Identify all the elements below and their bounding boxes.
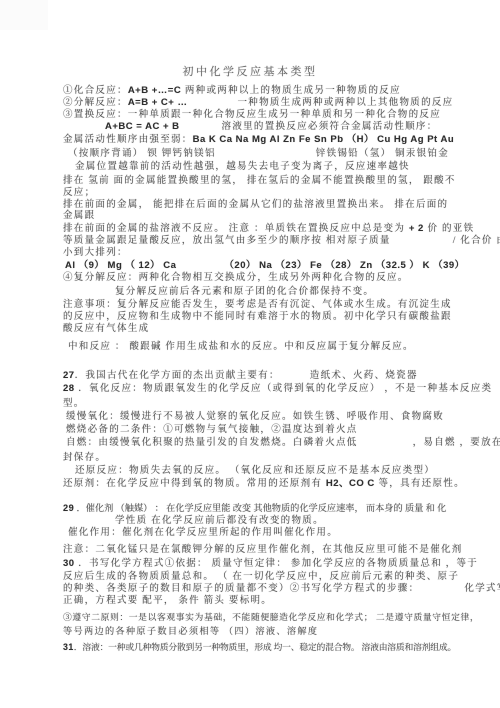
formula-text: A+B +…=C bbox=[128, 85, 181, 96]
body-text: ．书写化学方程式①依据： 质量守恒定律： 参加化学反应的各物质质量总和 ，等于 bbox=[75, 559, 479, 569]
body-text: 两种或两种以上的物质生成另一种物质的反应 bbox=[181, 86, 401, 96]
formula-text: 27 bbox=[63, 370, 75, 381]
scan-corner-artifact bbox=[0, 0, 48, 30]
body-text: 正确，方程式要 配平， 条件 箭头 要标明。 bbox=[63, 596, 272, 606]
body-text: 反应后生成的各物质质量总和。 （ 在一切化学反应中，反应前后元素的种类、原子 bbox=[63, 572, 459, 582]
text-line: （按顺序背诵） 钡 钾钙钠镁铝锌铁锡铅（氢） 铜汞银铂金 bbox=[68, 149, 449, 160]
body-text: 封保存。 bbox=[63, 453, 106, 463]
formula-text: H2、CO C bbox=[326, 478, 375, 489]
body-text: 注意事项：复分解反应能否发生，要考虑是否有沉淀、气体或水生成。有沉淀生成 bbox=[63, 300, 452, 310]
body-text: 排在前面的金属的盐溶液不反应。 注意 ：单质铁在置换反应中总是变为 bbox=[63, 224, 409, 234]
body-text: ．溶液：一种或几种物质分散到另一种物质里，形成 均一、稳定的混合物。 溶液由溶质… bbox=[74, 642, 456, 652]
body-text: 初中化学反应基本类型 bbox=[183, 66, 318, 78]
text-line: 注意事项：复分解反应能否发生，要考虑是否有沉淀、气体或水生成。有沉淀生成 bbox=[63, 300, 452, 311]
text-line: 31．溶液：一种或几种物质分散到另一种物质里，形成 均一、稳定的混合物。 溶液由… bbox=[63, 642, 456, 652]
body-text: 复分解反应前后各元素和原子团的化合价都保持不变。 bbox=[115, 287, 374, 297]
body-text: 的反应中，反应物和生成物中不能同时有难溶于水的物质。初中化学只有碳酸盐跟 bbox=[63, 312, 452, 322]
formula-text: A+BC = AC + B bbox=[105, 121, 180, 132]
body-text: 型。 bbox=[63, 399, 85, 409]
text-line: 还原剂：在化学反应中得到氧的物质。常用的还原剂有 H2、CO C 等，具有还原性… bbox=[63, 479, 465, 490]
text-line: 还原反应：物质失去氧的反应。 （氧化反应和还原反应不是基本反应类型） bbox=[75, 466, 435, 477]
body-text: 金属活动性顺序由强至弱： bbox=[63, 135, 193, 145]
text-line: ③遵守二原则：一是以客观事实为基础，不能随便臆造化学反应和化学式； 二是遵守质量… bbox=[63, 612, 479, 622]
text-line: 28 ．氧化反应：物质跟氧发生的化学反应（或得到氧的化学反应） ，不是一种基本反… bbox=[63, 384, 492, 395]
body-text: 自燃：由缓慢氧化积聚的热量引发的自发燃烧。白磷着火点低 bbox=[66, 438, 358, 448]
body-text: 等质量金属跟足量酸反应，放出氢气由多至少的顺序按 相对原子质量 bbox=[63, 236, 391, 246]
spacing-gap bbox=[187, 104, 237, 105]
text-line: 缓慢氧化：缓慢进行不易被人觉察的氧化反应。如铁生锈、呼吸作用、食物腐败 bbox=[66, 412, 444, 423]
body-text: / 化合价 由 bbox=[453, 236, 500, 246]
body-text: 金属跟 bbox=[63, 211, 95, 221]
text-line: ④复分解反应：两种化合物相互交换成分，生成另外两种化合物的反应。 bbox=[63, 273, 409, 284]
text-line: 金属跟 bbox=[63, 211, 95, 222]
body-text: 等号两边的各种原子数目必须相等 （四）溶液、溶解度 bbox=[63, 626, 318, 636]
body-text: 排在前面的金属， 能把排在后面的金属从它们的盐溶液里置换出来。 排在后面的 bbox=[63, 200, 448, 210]
text-line: 型。 bbox=[63, 399, 85, 410]
body-text: 价 的亚铁 bbox=[424, 224, 475, 234]
text-line: 金属活动性顺序由强至弱：Ba K Ca Na Mg Al Zn Fe Sn Pb… bbox=[63, 135, 454, 146]
text-line: 等号两边的各种原子数目必须相等 （四）溶液、溶解度 bbox=[63, 626, 318, 637]
text-line: 小到大排列： bbox=[63, 248, 128, 259]
body-text: （按顺序背诵） 钡 钾钙钠镁铝 bbox=[68, 149, 216, 159]
text-line: ①化合反应：A+B +…=C 两种或两种以上的物质生成另一种物质的反应 bbox=[63, 86, 401, 97]
spacing-gap bbox=[391, 242, 453, 243]
body-text: ．催化剂 （触媒） ： 在化学反应里能 改变 其他物质的化学反应速率， 而本身的… bbox=[74, 503, 446, 513]
body-text: ③遵守二原则：一是以客观事实为基础，不能随便臆造化学反应和化学式； 二是遵守质量… bbox=[63, 612, 479, 622]
body-text: ④复分解反应：两种化合物相互交换成分，生成另外两种化合物的反应。 bbox=[63, 273, 409, 283]
body-text: 排在 氢前 面的金属能置换酸里的氢， 排在氢后的金属不能置换酸里的氢， 跟酸不 bbox=[63, 176, 456, 186]
body-text: ．我国古代在化学方面的杰出贡献主要有： bbox=[75, 371, 280, 381]
text-line: ②分解反应：A=B + C+ …一种物质生成两种或两种以上其他物质的反应 bbox=[63, 98, 453, 109]
body-text: 催化作用：催化剂在化学反应里所起的作用叫催化作用。 bbox=[68, 528, 338, 538]
text-line: 复分解反应前后各元素和原子团的化合价都保持不变。 bbox=[115, 287, 374, 298]
body-text: 锌铁锡铅（氢） 铜汞银铂金 bbox=[316, 149, 449, 159]
body-text: 小到大排列： bbox=[63, 248, 128, 258]
text-line: ③置换反应：一种单质跟一种化合物反应生成另一种单质和另一种化合物的反应 bbox=[63, 110, 441, 121]
body-text: 溶液里的置换反应必须符合金属活动性顺序： bbox=[222, 122, 438, 132]
formula-text: 29 bbox=[63, 503, 74, 513]
body-text: 一种物质生成两种或两种以上其他物质的反应 bbox=[237, 98, 453, 108]
spacing-gap bbox=[216, 155, 316, 156]
text-line: Al （9） Mg （ 12） Ca（20） Na （23） Fe （28） Z… bbox=[65, 261, 465, 272]
body-text: ③置换反应：一种单质跟一种化合物反应生成另一种单质和另一种化合物的反应 bbox=[63, 110, 441, 120]
body-text: 还原剂：在化学反应中得到氧的物质。常用的还原剂有 bbox=[63, 479, 326, 489]
body-text: 学性质 在化学反应前后都没有改变的物质。 bbox=[115, 516, 324, 526]
body-text: 中和反应 ： 酸跟碱 作用生成盐和水的反应。中和反应属于复分解反应。 bbox=[68, 342, 414, 352]
spacing-gap bbox=[358, 444, 413, 445]
spacing-gap bbox=[280, 377, 310, 378]
body-text: 金属位置越靠前的活动性越强，越易失去电子变为离子，反应速率越快 bbox=[75, 162, 410, 172]
text-line: 的反应中，反应物和生成物中不能同时有难溶于水的物质。初中化学只有碳酸盐跟 bbox=[63, 312, 452, 323]
formula-text: 31 bbox=[63, 642, 74, 652]
text-line: 金属位置越靠前的活动性越强，越易失去电子变为离子，反应速率越快 bbox=[75, 162, 410, 173]
text-line: 封保存。 bbox=[63, 453, 106, 464]
text-line: 排在前面的金属的盐溶液不反应。 注意 ：单质铁在置换反应中总是变为 + 2 价 … bbox=[63, 224, 474, 235]
text-line: 学性质 在化学反应前后都没有改变的物质。 bbox=[115, 516, 324, 527]
body-text: 的种类、各类原子的数目和原子的质量都不变）②书写化学方程式的步骤： bbox=[63, 584, 419, 594]
text-line: 反应； bbox=[63, 188, 95, 199]
formula-text: A=B + C+ … bbox=[128, 97, 188, 108]
body-text: 酸反应有气体生成 bbox=[63, 324, 149, 334]
body-text: ①化合反应： bbox=[63, 86, 128, 96]
text-line: 燃烧必备的二条件：①可燃物与氧气接触，②温度达到着火点 bbox=[66, 425, 358, 436]
formula-text: 28 bbox=[63, 383, 75, 394]
formula-text: Al （9） Mg （ 12） Ca bbox=[65, 260, 176, 271]
text-line: 27．我国古代在化学方面的杰出贡献主要有：造纸术、火药、烧瓷器 bbox=[63, 371, 418, 382]
text-line: A+BC = AC + B溶液里的置换反应必须符合金属活动性顺序： bbox=[105, 122, 438, 133]
formula-text: 30 bbox=[63, 558, 75, 569]
text-line: 排在前面的金属， 能把排在后面的金属从它们的盐溶液里置换出来。 排在后面的 bbox=[63, 200, 448, 211]
text-line: 催化作用：催化剂在化学反应里所起的作用叫催化作用。 bbox=[68, 528, 338, 539]
body-text: ．氧化反应：物质跟氧发生的化学反应（或得到氧的化学反应） ，不是一种基本反应类 bbox=[75, 384, 493, 394]
text-line: 排在 氢前 面的金属能置换酸里的氢， 排在氢后的金属不能置换酸里的氢， 跟酸不 bbox=[63, 176, 456, 187]
text-line: 30 ．书写化学方程式①依据： 质量守恒定律： 参加化学反应的各物质质量总和 ，… bbox=[63, 559, 478, 570]
body-text: ②分解反应： bbox=[63, 98, 128, 108]
document-page: 初中化学反应基本类型①化合反应：A+B +…=C 两种或两种以上的物质生成另一种… bbox=[0, 0, 500, 708]
spacing-gap bbox=[419, 590, 464, 591]
body-text: 等，具有还原性。 bbox=[375, 479, 465, 489]
text-line: 29 ．催化剂 （触媒） ： 在化学反应里能 改变 其他物质的化学反应速率， 而… bbox=[63, 503, 446, 514]
body-text: ，易自燃 ，要放在水中密 bbox=[413, 438, 500, 448]
body-text: 注意：二氧化锰只是在氯酸钾分解的反应里作催化剂，在其他反应里可能不是催化剂 bbox=[63, 545, 463, 555]
text-line: 反应后生成的各物质质量总和。 （ 在一切化学反应中，反应前后元素的种类、原子 bbox=[63, 572, 459, 583]
text-line: 的种类、各类原子的数目和原子的质量都不变）②书写化学方程式的步骤：化学式写 bbox=[63, 584, 500, 595]
text-line: 自燃：由缓慢氧化积聚的热量引发的自发燃烧。白磷着火点低，易自燃 ，要放在水中密 bbox=[66, 438, 500, 449]
body-text: 缓慢氧化：缓慢进行不易被人觉察的氧化反应。如铁生锈、呼吸作用、食物腐败 bbox=[66, 412, 444, 422]
formula-text: Ba K Ca Na Mg Al Zn Fe Sn Pb （H） Cu Hg A… bbox=[193, 134, 455, 145]
body-text: 燃烧必备的二条件：①可燃物与氧气接触，②温度达到着火点 bbox=[66, 425, 358, 435]
spacing-gap bbox=[176, 267, 224, 268]
body-text: 化学式写 bbox=[464, 584, 500, 594]
body-text: 还原反应：物质失去氧的反应。 （氧化反应和还原反应不是基本反应类型） bbox=[75, 466, 435, 476]
body-text: 反应； bbox=[63, 188, 95, 198]
formula-text: （20） Na （23） Fe （28） Zn （32.5 ） K （39） bbox=[224, 260, 464, 271]
formula-text: + 2 bbox=[409, 223, 424, 234]
text-line: 等质量金属跟足量酸反应，放出氢气由多至少的顺序按 相对原子质量/ 化合价 由 bbox=[63, 236, 500, 247]
spacing-gap bbox=[180, 128, 222, 129]
body-text: 造纸术、火药、烧瓷器 bbox=[310, 371, 418, 381]
text-line: 正确，方程式要 配平， 条件 箭头 要标明。 bbox=[63, 596, 272, 607]
text-line: 中和反应 ： 酸跟碱 作用生成盐和水的反应。中和反应属于复分解反应。 bbox=[68, 342, 414, 353]
page-title: 初中化学反应基本类型 bbox=[0, 66, 500, 79]
text-line: 酸反应有气体生成 bbox=[63, 324, 149, 335]
text-line: 注意：二氧化锰只是在氯酸钾分解的反应里作催化剂，在其他反应里可能不是催化剂 bbox=[63, 545, 463, 556]
